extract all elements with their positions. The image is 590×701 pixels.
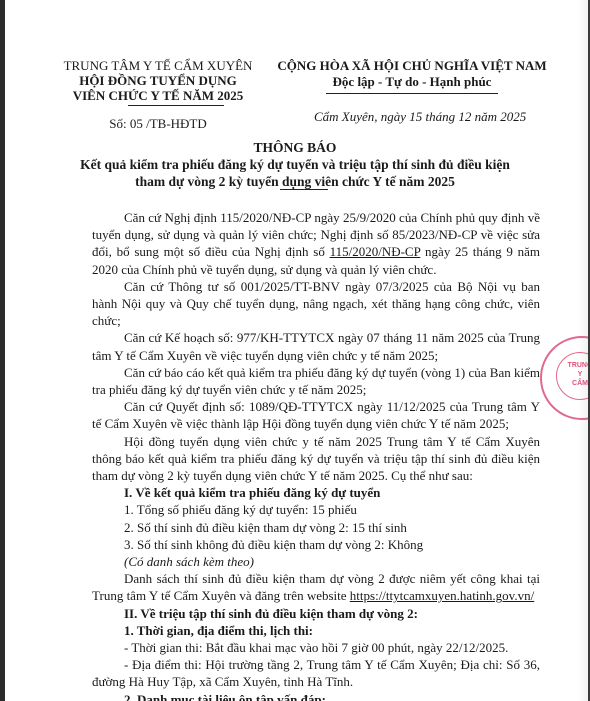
nation-name: CỘNG HÒA XÃ HỘI CHỦ NGHĨA VIỆT NAM: [262, 58, 562, 74]
title-underline: [280, 189, 328, 190]
exam-location: - Địa điểm thi: Hội trường tầng 2, Trung…: [92, 656, 540, 690]
document-heading: THÔNG BÁO: [0, 140, 590, 156]
document-subtitle-line1: Kết quả kiểm tra phiếu đăng ký dự tuyển …: [0, 157, 590, 173]
decree-reference: 115/2020/NĐ-CP: [330, 244, 421, 259]
council-name-line2: VIÊN CHỨC Y TẾ NĂM 2025: [58, 88, 258, 103]
legal-basis-decision: Căn cứ Quyết định số: 1089/QĐ-TTYTCX ngà…: [92, 398, 540, 432]
section-2-sub-2: 2. Danh mục tài liệu ôn tập vấn đáp:: [92, 691, 540, 701]
legal-basis-decree: Căn cứ Nghị định 115/2020/NĐ-CP ngày 25/…: [92, 209, 540, 278]
seal-text: CẨM: [557, 379, 588, 388]
issuer-underline: [128, 105, 224, 106]
place-date: Cẩm Xuyên, ngày 15 tháng 12 năm 2025: [314, 109, 526, 125]
website-link[interactable]: https://ttytcamxuyen.hatinh.gov.vn/: [350, 588, 534, 603]
section-1-item: 3. Số thí sinh không đủ điều kiện tham d…: [92, 536, 540, 553]
seal-text: Y: [557, 370, 588, 379]
council-name-line1: HỘI ĐỒNG TUYỂN DỤNG: [58, 73, 258, 88]
legal-basis-circular: Căn cứ Thông tư số 001/2025/TT-BNV ngày …: [92, 278, 540, 330]
section-1-item: 1. Tổng số phiếu đăng ký dự tuyển: 15 ph…: [92, 501, 540, 518]
issuer-organization: TRUNG TÂM Y TẾ CẨM XUYÊN: [58, 58, 258, 73]
official-seal: TRUNG Y CẨM: [520, 320, 588, 430]
publish-notice: Danh sách thí sinh đủ điều kiện tham dự …: [92, 570, 540, 604]
section-2-heading: II. Về triệu tập thí sinh đủ điều kiện t…: [92, 605, 540, 622]
issuer-block: TRUNG TÂM Y TẾ CẨM XUYÊN HỘI ĐỒNG TUYỂN …: [58, 58, 258, 103]
motto-underline: [326, 93, 498, 94]
document-body: Căn cứ Nghị định 115/2020/NĐ-CP ngày 25/…: [92, 209, 540, 701]
national-header: CỘNG HÒA XÃ HỘI CHỦ NGHĨA VIỆT NAM Độc l…: [262, 58, 562, 90]
document-subtitle-line2: tham dự vòng 2 kỳ tuyển dụng viên chức Y…: [0, 174, 590, 190]
seal-text: TRUNG: [557, 361, 588, 370]
scan-border-left: [0, 0, 5, 701]
section-1-item: 2. Số thí sinh đủ điều kiện tham dự vòng…: [92, 519, 540, 536]
exam-time: - Thời gian thi: Bắt đầu khai mạc vào hồ…: [92, 639, 540, 656]
legal-basis-plan: Căn cứ Kế hoạch số: 977/KH-TTYTCX ngày 0…: [92, 329, 540, 363]
section-2-sub-1: 1. Thời gian, địa điểm thi, lịch thi:: [92, 622, 540, 639]
national-motto: Độc lập - Tự do - Hạnh phúc: [262, 74, 562, 90]
document-number: Số: 05 /TB-HĐTD: [58, 116, 258, 132]
section-1-heading: I. Về kết quả kiểm tra phiếu đăng ký dự …: [92, 484, 540, 501]
attached-list-note: (Có danh sách kèm theo): [92, 553, 540, 570]
announcement-intro: Hội đồng tuyển dụng viên chức y tế năm 2…: [92, 433, 540, 485]
legal-basis-report: Căn cứ báo cáo kết quả kiểm tra phiếu đă…: [92, 364, 540, 398]
